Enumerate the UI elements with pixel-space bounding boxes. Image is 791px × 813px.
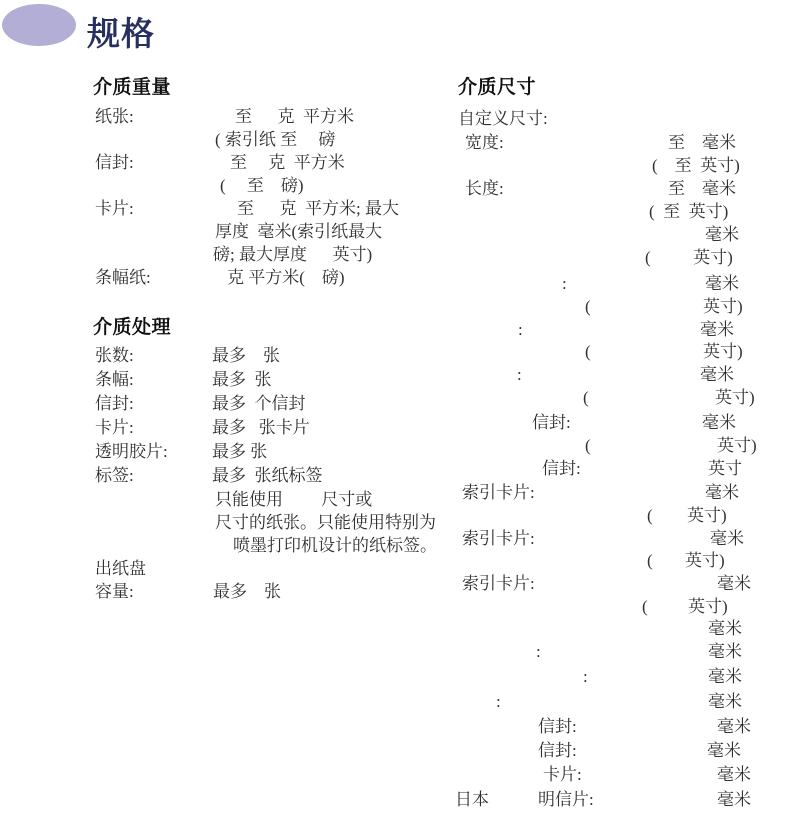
- media-size-row: 自定义尺寸:: [0, 108, 791, 130]
- media-size-row: 毫米: [0, 224, 791, 246]
- media-size-row: 索引卡片: 毫米: [0, 482, 791, 504]
- media-size-row: ( 英寸): [0, 387, 791, 409]
- spec-label: :: [562, 273, 567, 294]
- spec-value: (: [585, 296, 591, 317]
- spec-value: 英寸): [703, 341, 743, 362]
- spec-value: 毫米: [700, 364, 734, 385]
- spec-label: 长度:: [465, 178, 504, 199]
- spec-value: ( 至 英寸): [649, 201, 728, 222]
- spec-value: (: [647, 550, 653, 571]
- spec-value: ( 至 英寸): [652, 155, 740, 176]
- media-size-row: ( 至 英寸): [0, 155, 791, 177]
- media-size-row: ( 英寸): [0, 505, 791, 527]
- spec-value: 毫米: [710, 528, 744, 549]
- spec-label: 自定义尺寸:: [458, 108, 548, 129]
- media-size-row: 卡片: 毫米: [0, 764, 791, 786]
- spec-value: 毫米: [717, 764, 751, 785]
- spec-value: 毫米: [707, 740, 741, 761]
- spec-label: 信封:: [532, 412, 571, 433]
- media-size-row: ( 英寸): [0, 596, 791, 618]
- spec-value: 毫米: [717, 789, 751, 810]
- spec-value: 毫米: [700, 319, 734, 340]
- media-size-row: 毫米: [0, 618, 791, 640]
- spec-label: :: [583, 666, 588, 687]
- spec-label: 日本: [455, 789, 489, 810]
- spec-value: 毫米: [717, 573, 751, 594]
- spec-value: 毫米: [708, 666, 742, 687]
- media-size-row: : 毫米: [0, 319, 791, 341]
- spec-label: 索引卡片:: [462, 528, 535, 549]
- spec-label: :: [518, 319, 523, 340]
- spec-value: 毫米: [702, 412, 736, 433]
- page-title: 规格: [87, 8, 155, 55]
- spec-value: 英寸): [715, 387, 755, 408]
- logo-ellipse: [2, 4, 76, 46]
- media-weight-heading: 介质重量: [93, 72, 171, 99]
- media-size-row: ( 英寸): [0, 296, 791, 318]
- media-size-row: 信封: 毫米: [0, 740, 791, 762]
- spec-value: 毫米: [708, 618, 742, 639]
- manual-page: 规格 介质重量 纸张: 至 克 平方米 ( 索引纸 至 磅 信封: 至 克 平方…: [0, 0, 791, 813]
- media-size-row: ( 英寸): [0, 550, 791, 572]
- spec-label: 宽度:: [465, 132, 504, 153]
- media-size-row: ( 英寸): [0, 247, 791, 269]
- media-size-row: 信封: 毫米: [0, 716, 791, 738]
- spec-label: 信封:: [542, 458, 581, 479]
- media-size-row: 宽度: 至 毫米: [0, 132, 791, 154]
- media-size-row: 日本 明信片: 毫米: [0, 789, 791, 811]
- spec-value: 至 毫米: [668, 132, 736, 153]
- spec-value: (: [647, 505, 653, 526]
- spec-value: 毫米: [705, 482, 739, 503]
- spec-value: 至 毫米: [668, 178, 736, 199]
- media-size-row: : 毫米: [0, 364, 791, 386]
- spec-label: :: [496, 691, 501, 712]
- spec-label: 明信片:: [538, 789, 594, 810]
- spec-value: (: [585, 341, 591, 362]
- media-size-row: : 毫米: [0, 666, 791, 688]
- spec-value: (: [583, 387, 589, 408]
- spec-value: 毫米: [708, 691, 742, 712]
- spec-label: 卡片:: [543, 764, 582, 785]
- spec-value: 毫米: [705, 224, 739, 245]
- media-size-row: ( 至 英寸): [0, 201, 791, 223]
- media-size-row: 索引卡片: 毫米: [0, 573, 791, 595]
- spec-label: :: [517, 364, 522, 385]
- media-size-row: 信封: 英寸: [0, 458, 791, 480]
- spec-label: 信封:: [538, 716, 577, 737]
- media-size-row: ( 英寸): [0, 341, 791, 363]
- media-size-row: 长度: 至 毫米: [0, 178, 791, 200]
- spec-value: 英寸): [717, 435, 757, 456]
- media-sizes-heading: 介质尺寸: [458, 72, 536, 99]
- spec-value: 英寸: [708, 458, 742, 479]
- spec-value: 毫米: [705, 273, 739, 294]
- media-size-row: 索引卡片: 毫米: [0, 528, 791, 550]
- spec-value: 英寸): [688, 596, 728, 617]
- spec-value: 毫米: [708, 641, 742, 662]
- spec-label: :: [536, 641, 541, 662]
- spec-label: 索引卡片:: [462, 573, 535, 594]
- spec-label: 信封:: [538, 740, 577, 761]
- spec-value: 英寸): [685, 550, 725, 571]
- media-size-row: ( 英寸): [0, 435, 791, 457]
- spec-value: (: [585, 435, 591, 456]
- media-size-row: : 毫米: [0, 273, 791, 295]
- spec-label: 索引卡片:: [462, 482, 535, 503]
- media-size-row: 信封: 毫米: [0, 412, 791, 434]
- media-size-row: : 毫米: [0, 641, 791, 663]
- spec-value: 英寸): [687, 505, 727, 526]
- spec-value: 英寸): [703, 296, 743, 317]
- spec-value: ( 英寸): [645, 247, 733, 268]
- spec-value: (: [642, 596, 648, 617]
- media-size-row: : 毫米: [0, 691, 791, 713]
- spec-value: 毫米: [717, 716, 751, 737]
